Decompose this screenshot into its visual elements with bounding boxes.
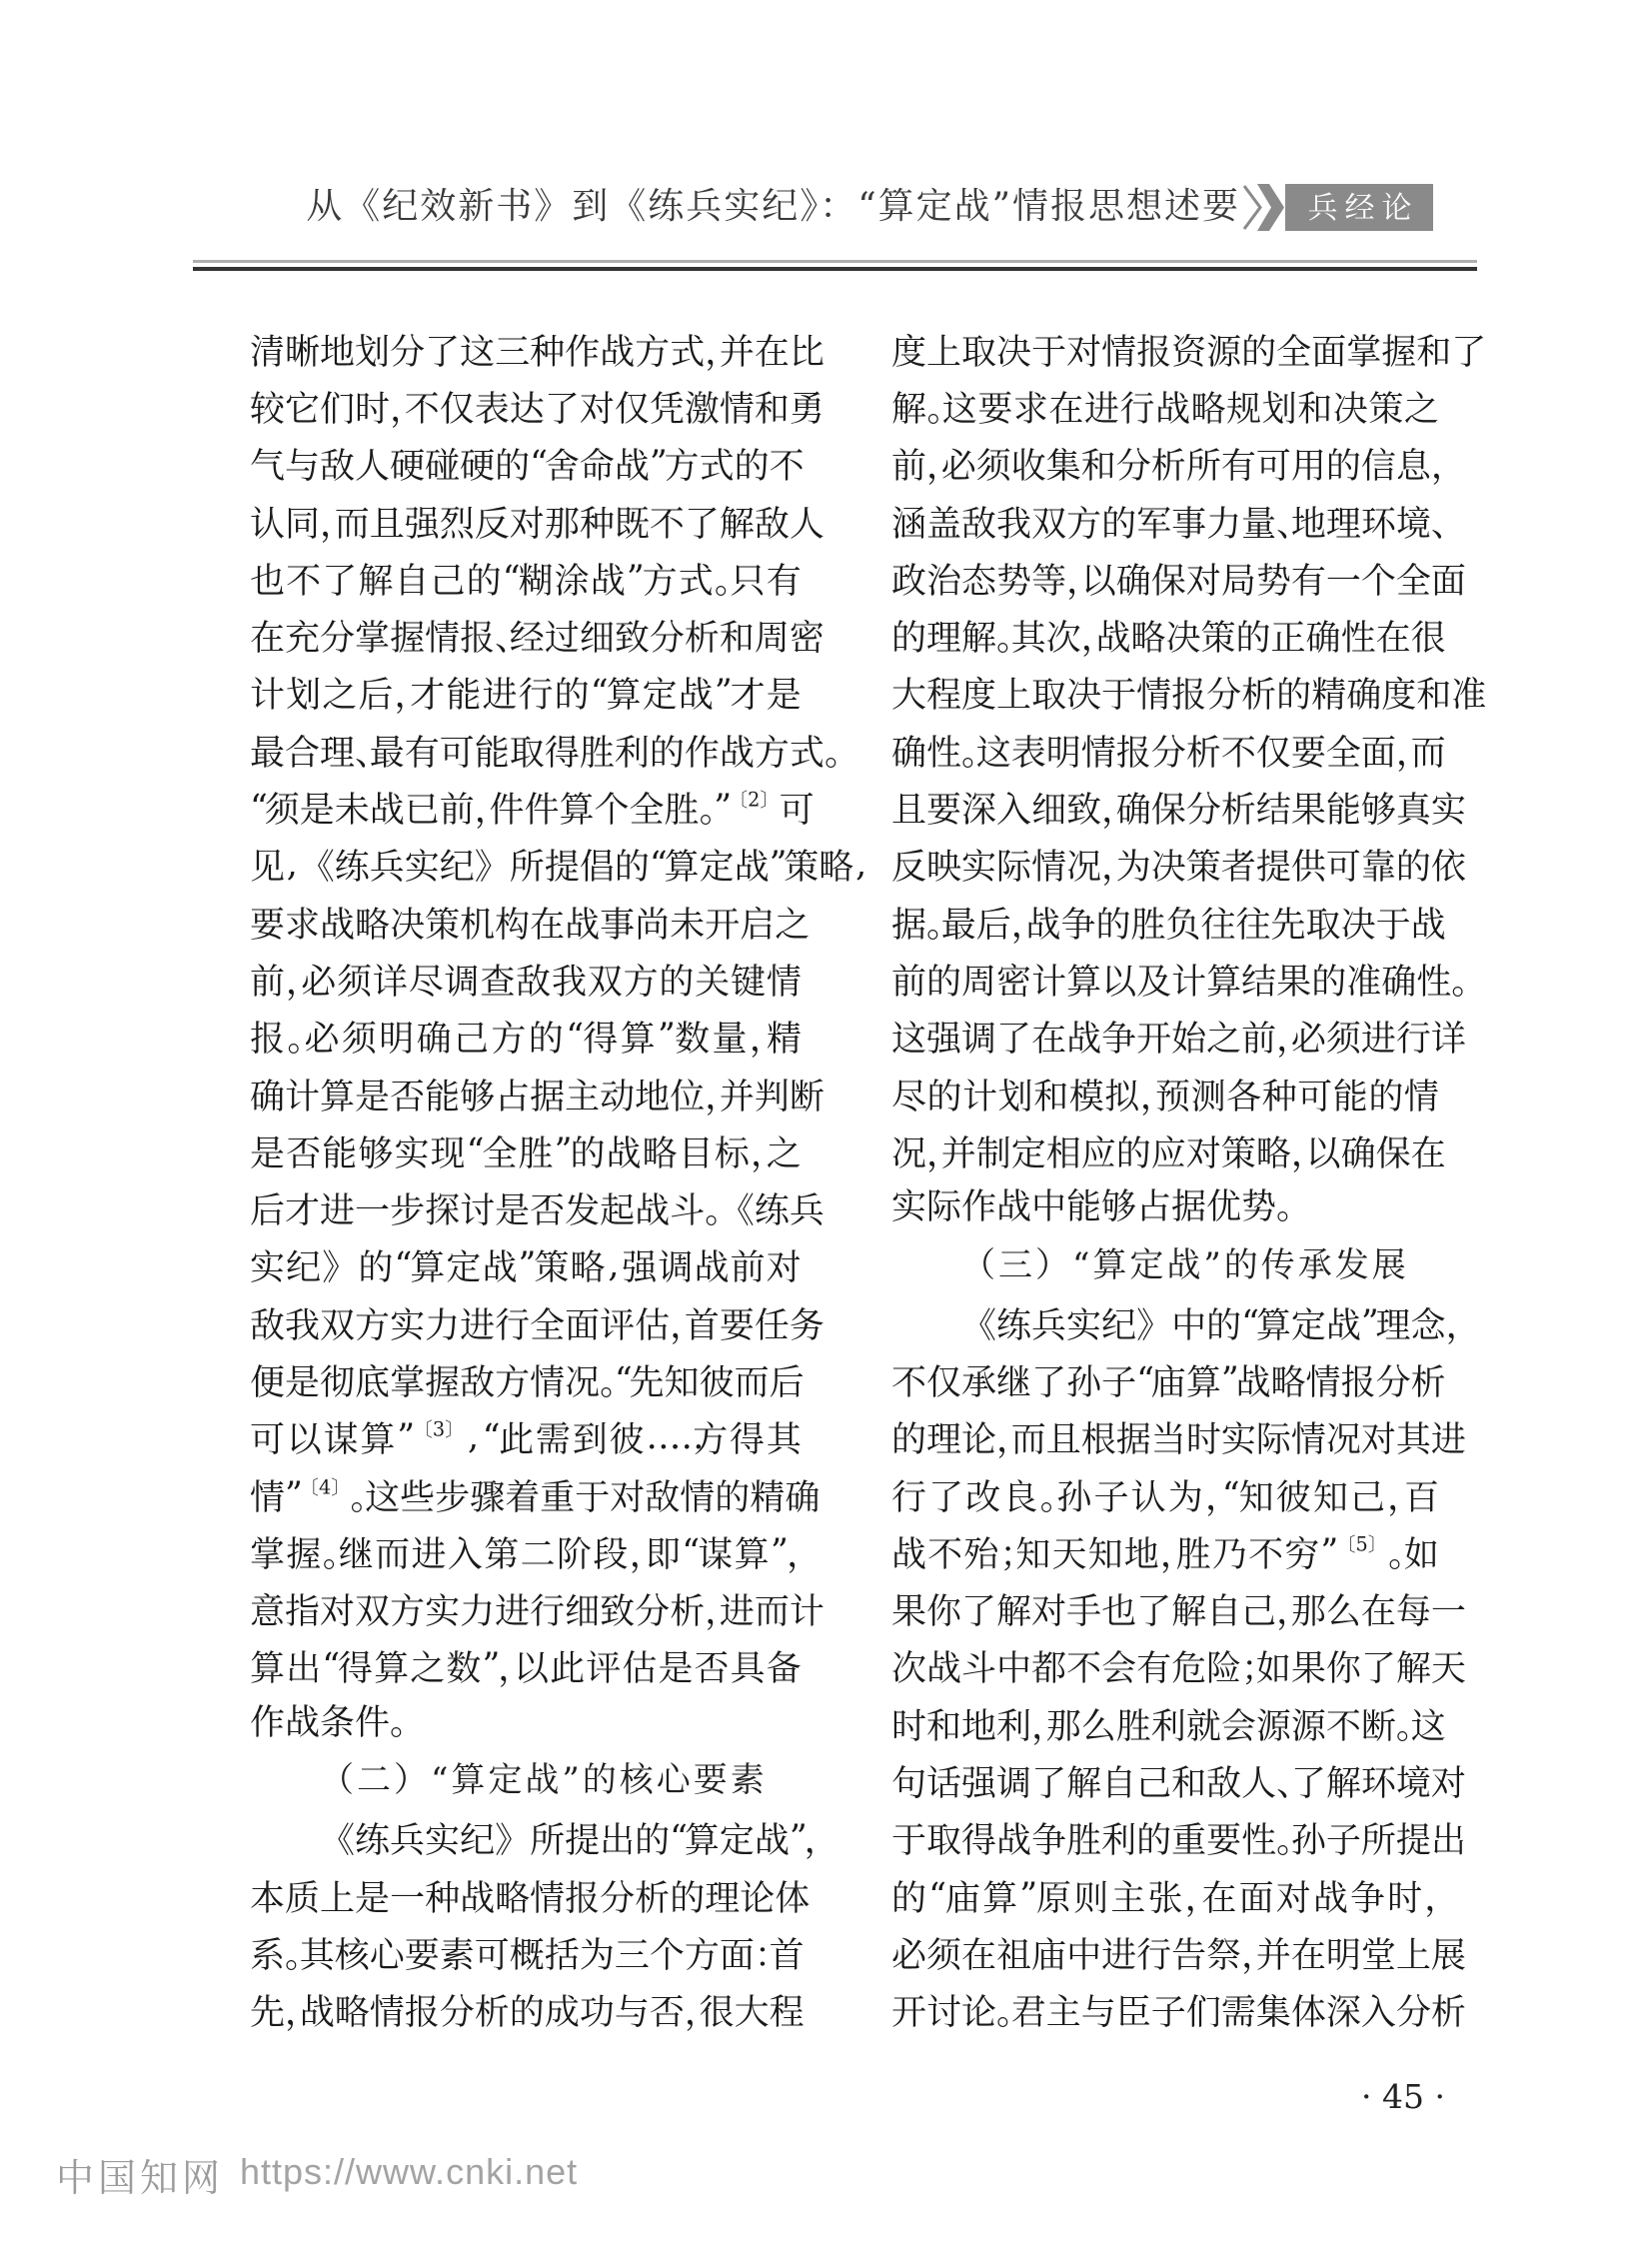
text-line: 涵盖敌我双方的军事力量、地理环境、 (891, 493, 1439, 550)
text-line: 作战条件。 (250, 1695, 802, 1752)
text-line: 大程度上取决于情报分析的精确度和准 (891, 665, 1439, 722)
text-line: 实纪》的“算定战”策略,强调战前对 (250, 1237, 802, 1294)
journal-page: 从《纪效新书》到《练兵实纪》：“算定战”情报思想述要 兵经论析 清晰地划分了这三… (0, 0, 1652, 2243)
text-line: 据。最后，战争的胜负往往先取决于战 (891, 894, 1439, 951)
text-line: 计划之后，才能进行的“算定战”才是 (250, 665, 802, 722)
text-line: 便是彻底掌握敌方情况。“先知彼而后 (250, 1351, 802, 1408)
text-line: 不仅承继了孙子“庙算”战略情报分析 (891, 1351, 1439, 1408)
header-rule-dark (193, 267, 1477, 271)
text-line: 次战斗中都不会有危险；如果你了解天 (891, 1638, 1439, 1695)
text-line: 战不殆；知天知地，胜乃不穷”〔5〕。如 (891, 1523, 1439, 1580)
text-line: 前的周密计算以及计算结果的准确性。 (891, 951, 1439, 1008)
text-line: 系。其核心要素可概括为三个方面：首 (250, 1924, 802, 1981)
text-line: 《练兵实纪》所提出的“算定战”， (250, 1810, 802, 1867)
text-line: 度上取决于对情报资源的全面掌握和了 (891, 321, 1439, 378)
text-line: 意指对双方实力进行细致分析，进而计 (250, 1581, 802, 1638)
text-line: 要求战略决策机构在战事尚未开启之 (250, 894, 802, 951)
text-line: 果你了解对手也了解自己，那么在每一 (891, 1581, 1439, 1638)
text-line: 前，必须收集和分析所有可用的信息， (891, 436, 1439, 493)
text-line: 本质上是一种战略情报分析的理论体 (250, 1867, 802, 1924)
footnote-marker: 〔2〕 (729, 784, 780, 812)
page-number: · 45 · (1361, 2077, 1445, 2116)
column-badge: 兵经论析 (1285, 184, 1433, 231)
text-line: 这强调了在战争开始之前，必须进行详 (891, 1009, 1439, 1066)
text-line: 可以谋算”〔3〕,“此需到彼……方得其 (250, 1409, 802, 1466)
text-line: 的理解。其次，战略决策的正确性在很 (891, 607, 1439, 664)
text-line: 前，必须详尽调查敌我双方的关键情 (250, 951, 802, 1008)
text-line: 清晰地划分了这三种作战方式，并在比 (250, 321, 802, 378)
text-column-right: 度上取决于对情报资源的全面掌握和了解。这要求在进行战略规划和决策之前，必须收集和… (891, 321, 1439, 2039)
double-chevron-icon (1241, 184, 1285, 231)
text-line: 《练兵实纪》中的“算定战”理念， (891, 1294, 1439, 1351)
text-line: 较它们时，不仅表达了对仅凭激情和勇 (250, 378, 802, 435)
running-header-title: 从《纪效新书》到《练兵实纪》：“算定战”情报思想述要 (306, 182, 1240, 232)
text-line: 时和地利，那么胜利就会源源不断。这 (891, 1695, 1439, 1752)
text-line: 且要深入细致，确保分析结果能够真实 (891, 779, 1439, 836)
footnote-marker: 〔4〕 (300, 1471, 351, 1499)
text-line: 先，战略情报分析的成功与否，很大程 (250, 1982, 802, 2039)
text-line: 认同，而且强烈反对那种既不了解敌人 (250, 493, 802, 550)
text-line: 反映实际情况，为决策者提供可靠的依 (891, 837, 1439, 894)
text-line: 气与敌人硬碰硬的“舍命战”方式的不 (250, 436, 802, 493)
text-line: 也不了解自己的“糊涂战”方式。只有 (250, 550, 802, 607)
text-line: 解。这要求在进行战略规划和决策之 (891, 378, 1439, 435)
text-line: 情”〔4〕。这些步骤着重于对敌情的精确 (250, 1466, 802, 1523)
cnki-site-name: 中国知网 (56, 2147, 224, 2202)
text-line: 必须在祖庙中进行告祭，并在明堂上展 (891, 1924, 1439, 1981)
text-line: 报。必须明确己方的“得算”数量，精 (250, 1009, 802, 1066)
footnote-marker: 〔5〕 (1336, 1528, 1387, 1556)
text-line: 敌我双方实力进行全面评估，首要任务 (250, 1294, 802, 1351)
text-line: 政治态势等，以确保对局势有一个全面 (891, 550, 1439, 607)
header-rule-light (193, 260, 1477, 263)
text-line: 开讨论。君主与臣子们需集体深入分析 (891, 1982, 1439, 2039)
cnki-url: https://www.cnki.net (240, 2151, 578, 2193)
text-line: 尽的计划和模拟，预测各种可能的情 (891, 1066, 1439, 1122)
text-line: 掌握。继而进入第二阶段，即“谋算”， (250, 1523, 802, 1580)
text-line: 后才进一步探讨是否发起战斗。《练兵 (250, 1179, 802, 1236)
text-line: 于取得战争胜利的重要性。孙子所提出 (891, 1810, 1439, 1867)
text-line: 行了改良。孙子认为，“知彼知己，百 (891, 1466, 1439, 1523)
text-line: 句话强调了解自己和敌人、了解环境对 (891, 1752, 1439, 1809)
text-line: 在充分掌握情报、经过细致分析和周密 (250, 607, 802, 664)
text-line: 算出“得算之数”，以此评估是否具备 (250, 1638, 802, 1695)
section-heading: （三）“算定战”的传承发展 (891, 1237, 1439, 1294)
text-line: 的“庙算”原则主张，在面对战争时， (891, 1867, 1439, 1924)
text-line: 确计算是否能够占据主动地位，并判断 (250, 1066, 802, 1122)
footnote-marker: 〔3〕 (414, 1414, 465, 1442)
text-line: 的理论，而且根据当时实际情况对其进 (891, 1409, 1439, 1466)
text-line: 实际作战中能够占据优势。 (891, 1179, 1439, 1236)
text-line: 况，并制定相应的应对策略，以确保在 (891, 1122, 1439, 1179)
section-heading: （二）“算定战”的核心要素 (250, 1752, 802, 1809)
text-line: 最合理、最有可能取得胜利的作战方式。 (250, 722, 802, 779)
text-column-left: 清晰地划分了这三种作战方式，并在比较它们时，不仅表达了对仅凭激情和勇气与敌人硬碰… (250, 321, 802, 2039)
text-line: “须是未战已前，件件算个全胜。”〔2〕可 (250, 779, 802, 836)
text-line: 见,《练兵实纪》所提倡的“算定战”策略, (250, 837, 802, 894)
text-line: 确性。这表明情报分析不仅要全面，而 (891, 722, 1439, 779)
text-line: 是否能够实现“全胜”的战略目标，之 (250, 1122, 802, 1179)
